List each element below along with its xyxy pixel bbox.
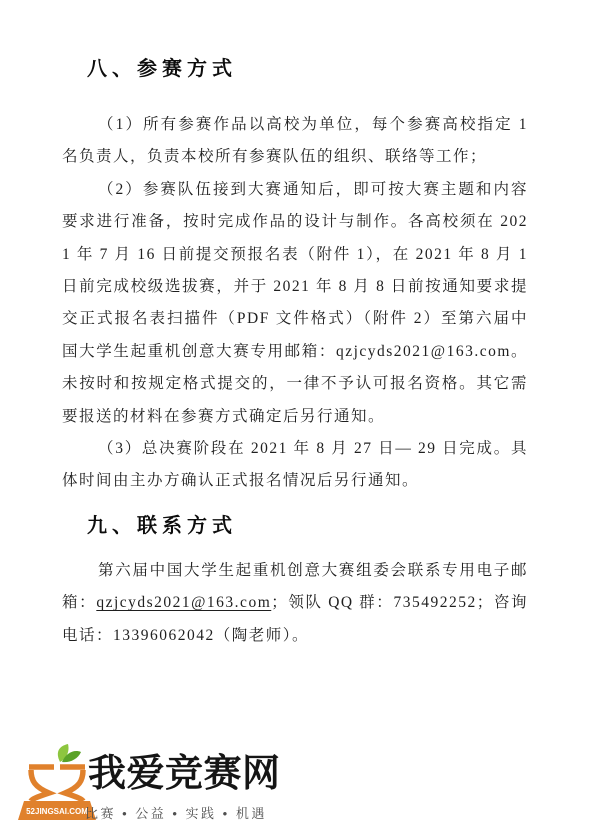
document-content: 八、参赛方式 （1）所有参赛作品以高校为单位，每个参赛高校指定 1 名负责人，负… xyxy=(62,56,528,652)
participation-paragraph-1: （1）所有参赛作品以高校为单位，每个参赛高校指定 1 名负责人，负责本校所有参赛… xyxy=(62,109,528,174)
participation-paragraph-2: （2）参赛队伍接到大赛通知后，即可按大赛主题和内容要求进行准备，按时完成作品的设… xyxy=(62,174,528,433)
document-page: 八、参赛方式 （1）所有参赛作品以高校为单位，每个参赛高校指定 1 名负责人，负… xyxy=(0,0,590,830)
contact-email-link[interactable]: qzjcyds2021@163.com xyxy=(96,594,271,611)
cup-left-stroke xyxy=(29,767,54,801)
contact-paragraph: 第六届中国大学生起重机创意大赛组委会联系专用电子邮箱：qzjcyds2021@1… xyxy=(62,555,528,652)
ribbon-site-text: 52JINGSAI.COM xyxy=(26,807,88,816)
cup-right-stroke xyxy=(60,767,85,801)
section-heading-participation: 八、参赛方式 xyxy=(62,56,528,82)
participation-paragraph-3: （3）总决赛阶段在 2021 年 8 月 27 日— 29 日完成。具体时间由主… xyxy=(62,433,528,498)
site-brand-name: 我爱竞赛网 xyxy=(88,752,281,798)
site-tagline: 比赛 • 公益 • 实践 • 机遇 xyxy=(85,803,267,822)
section-heading-contact: 九、联系方式 xyxy=(62,513,528,539)
